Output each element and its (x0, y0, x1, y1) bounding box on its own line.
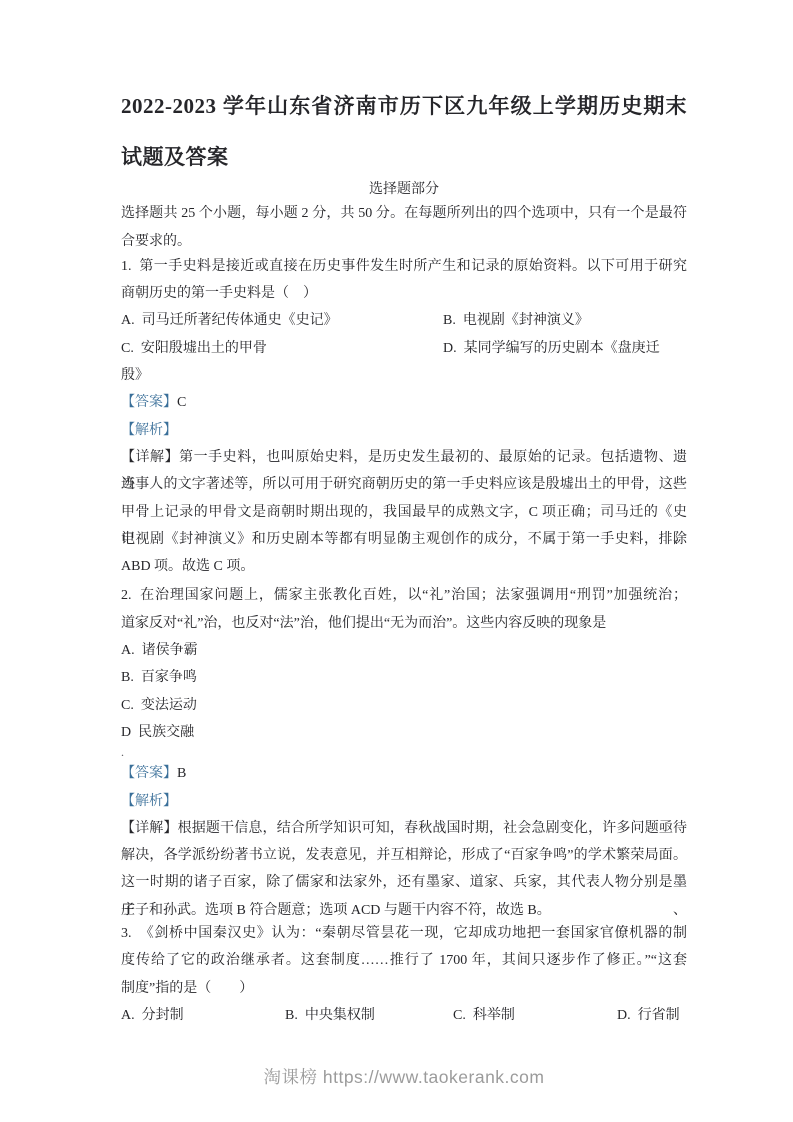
q1-stem-line-1: 1. 第一手史料是接近或直接在历史事件发生时所产生和记录的原始资料。以下可用于研… (121, 253, 687, 280)
question-1: 1. 第一手史料是接近或直接在历史事件发生时所产生和记录的原始资料。以下可用于研… (121, 253, 687, 581)
q3-options-row: A. 分封制 B. 中央集权制 C. 科举制 D. 行省制 (121, 1002, 687, 1029)
q1-options-row-2: C. 安阳殷墟出土的甲骨 D. 某同学编写的历史剧本《盘庚迁 (121, 335, 687, 362)
q2-analysis-line: 【解析】 (121, 788, 687, 815)
q3-option-b: B. 中央集权制 (285, 1002, 453, 1029)
document-title-line-1: 2022-2023 学年山东省济南市历下区九年级上学期历史期末 (121, 81, 687, 132)
q3-option-d: D. 行省制 (617, 1002, 687, 1029)
q1-answer-value: C (177, 395, 186, 410)
q1-option-a: A. 司马迁所著纪传体通史《史记》 (121, 307, 443, 334)
q1-option-b: B. 电视剧《封神演义》 (443, 307, 687, 334)
q1-detail-line-5: ABD 项。故选 C 项。 (121, 553, 687, 580)
footer-watermark: 淘课榜 https://www.taokerank.com (121, 1064, 687, 1091)
q1-detail-line-3: 甲骨上记录的甲骨文是商朝时期出现的，我国最早的成熟文字，C 项正确；司马迁的《史… (121, 499, 687, 526)
q2-answer-value: B (177, 766, 186, 781)
q2-detail-line-2: 解决，各学派纷纷著书立说，发表意见，并互相辩论，形成了“百家争鸣”的学术繁荣局面… (121, 842, 687, 869)
q2-answer-label: 【答案】 (121, 766, 177, 781)
q2-option-d: D 民族交融 (121, 719, 687, 746)
q1-options-row-1: A. 司马迁所著纪传体通史《史记》 B. 电视剧《封神演义》 (121, 307, 687, 334)
q2-answer-line: 【答案】B (121, 760, 687, 787)
q3-option-a: A. 分封制 (121, 1002, 285, 1029)
question-2: 2. 在治理国家问题上，儒家主张教化百姓，以“礼”治国；法家强调用“刑罚”加强统… (121, 582, 687, 924)
document-title: 2022-2023 学年山东省济南市历下区九年级上学期历史期末 试题及答案 (121, 81, 687, 183)
intro-line-1: 选择题共 25 个小题，每小题 2 分，共 50 分。在每题所列出的四个选项中，… (121, 200, 687, 227)
exam-document-page: 2022-2023 学年山东省济南市历下区九年级上学期历史期末 试题及答案 选择… (0, 0, 793, 1122)
q2-detail-line-3: 这一时期的诸子百家，除了儒家和法家外，还有墨家、道家、兵家，其代表人物分别是墨子… (121, 869, 687, 896)
q2-option-a: A. 诸侯争霸 (121, 637, 687, 664)
q1-option-c: C. 安阳殷墟出土的甲骨 (121, 335, 443, 362)
q2-option-b: B. 百家争鸣 (121, 664, 687, 691)
intro-line-2: 合要求的。 (121, 228, 687, 255)
q2-stem-line-2: 道家反对“礼”治，也反对“法”治，他们提出“无为而治”。这些内容反映的现象是 (121, 610, 687, 637)
q3-stem-line-2: 度传给了它的政治继承者。这套制度……推行了 1700 年，其间只逐步作了修正。”… (121, 947, 687, 974)
q2-option-c: C. 变法运动 (121, 692, 687, 719)
q1-analysis-line: 【解析】 (121, 417, 687, 444)
q1-detail-line-4: 电视剧《封神演义》和历史剧本等都有明显的主观创作的成分，不属于第一手史料，排除 (121, 526, 687, 553)
q3-stem-line-1: 3. 《剑桥中国秦汉史》认为：“秦朝尽管昙花一现，它却成功地把一套国家官僚机器的… (121, 920, 687, 947)
q1-option-d: D. 某同学编写的历史剧本《盘庚迁 (443, 335, 687, 362)
q3-option-c: C. 科举制 (453, 1002, 617, 1029)
q1-analysis-label: 【解析】 (121, 423, 177, 438)
q1-detail-line-1: 【详解】第一手史料，也叫原始史料，是历史发生最初的、最原始的记录。包括遗物、遗迹… (121, 444, 687, 471)
q2-detail-line-1: 【详解】根据题干信息，结合所学知识可知，春秋战国时期，社会急剧变化，许多问题亟待 (121, 815, 687, 842)
q2-stem-line-1: 2. 在治理国家问题上，儒家主张教化百姓，以“礼”治国；法家强调用“刑罚”加强统… (121, 582, 687, 609)
q2-analysis-label: 【解析】 (121, 794, 177, 809)
q1-detail-line-2: 当事人的文字著述等，所以可用于研究商朝历史的第一手史料应该是殷墟出土的甲骨，这些 (121, 471, 687, 498)
q1-answer-label: 【答案】 (121, 395, 177, 410)
q1-answer-line: 【答案】C (121, 389, 687, 416)
stray-mark: . (121, 746, 687, 760)
question-3: 3. 《剑桥中国秦汉史》认为：“秦朝尽管昙花一现，它却成功地把一套国家官僚机器的… (121, 920, 687, 1029)
document-content: 2022-2023 学年山东省济南市历下区九年级上学期历史期末 试题及答案 选择… (121, 81, 687, 1091)
q1-option-d-wrap: 殷》 (121, 362, 687, 389)
q3-stem-line-3: 制度”指的是（ ） (121, 975, 687, 1002)
intro-paragraph: 选择题共 25 个小题，每小题 2 分，共 50 分。在每题所列出的四个选项中，… (121, 200, 687, 255)
q1-stem-line-2: 商朝历史的第一手史料是（ ） (121, 280, 687, 307)
